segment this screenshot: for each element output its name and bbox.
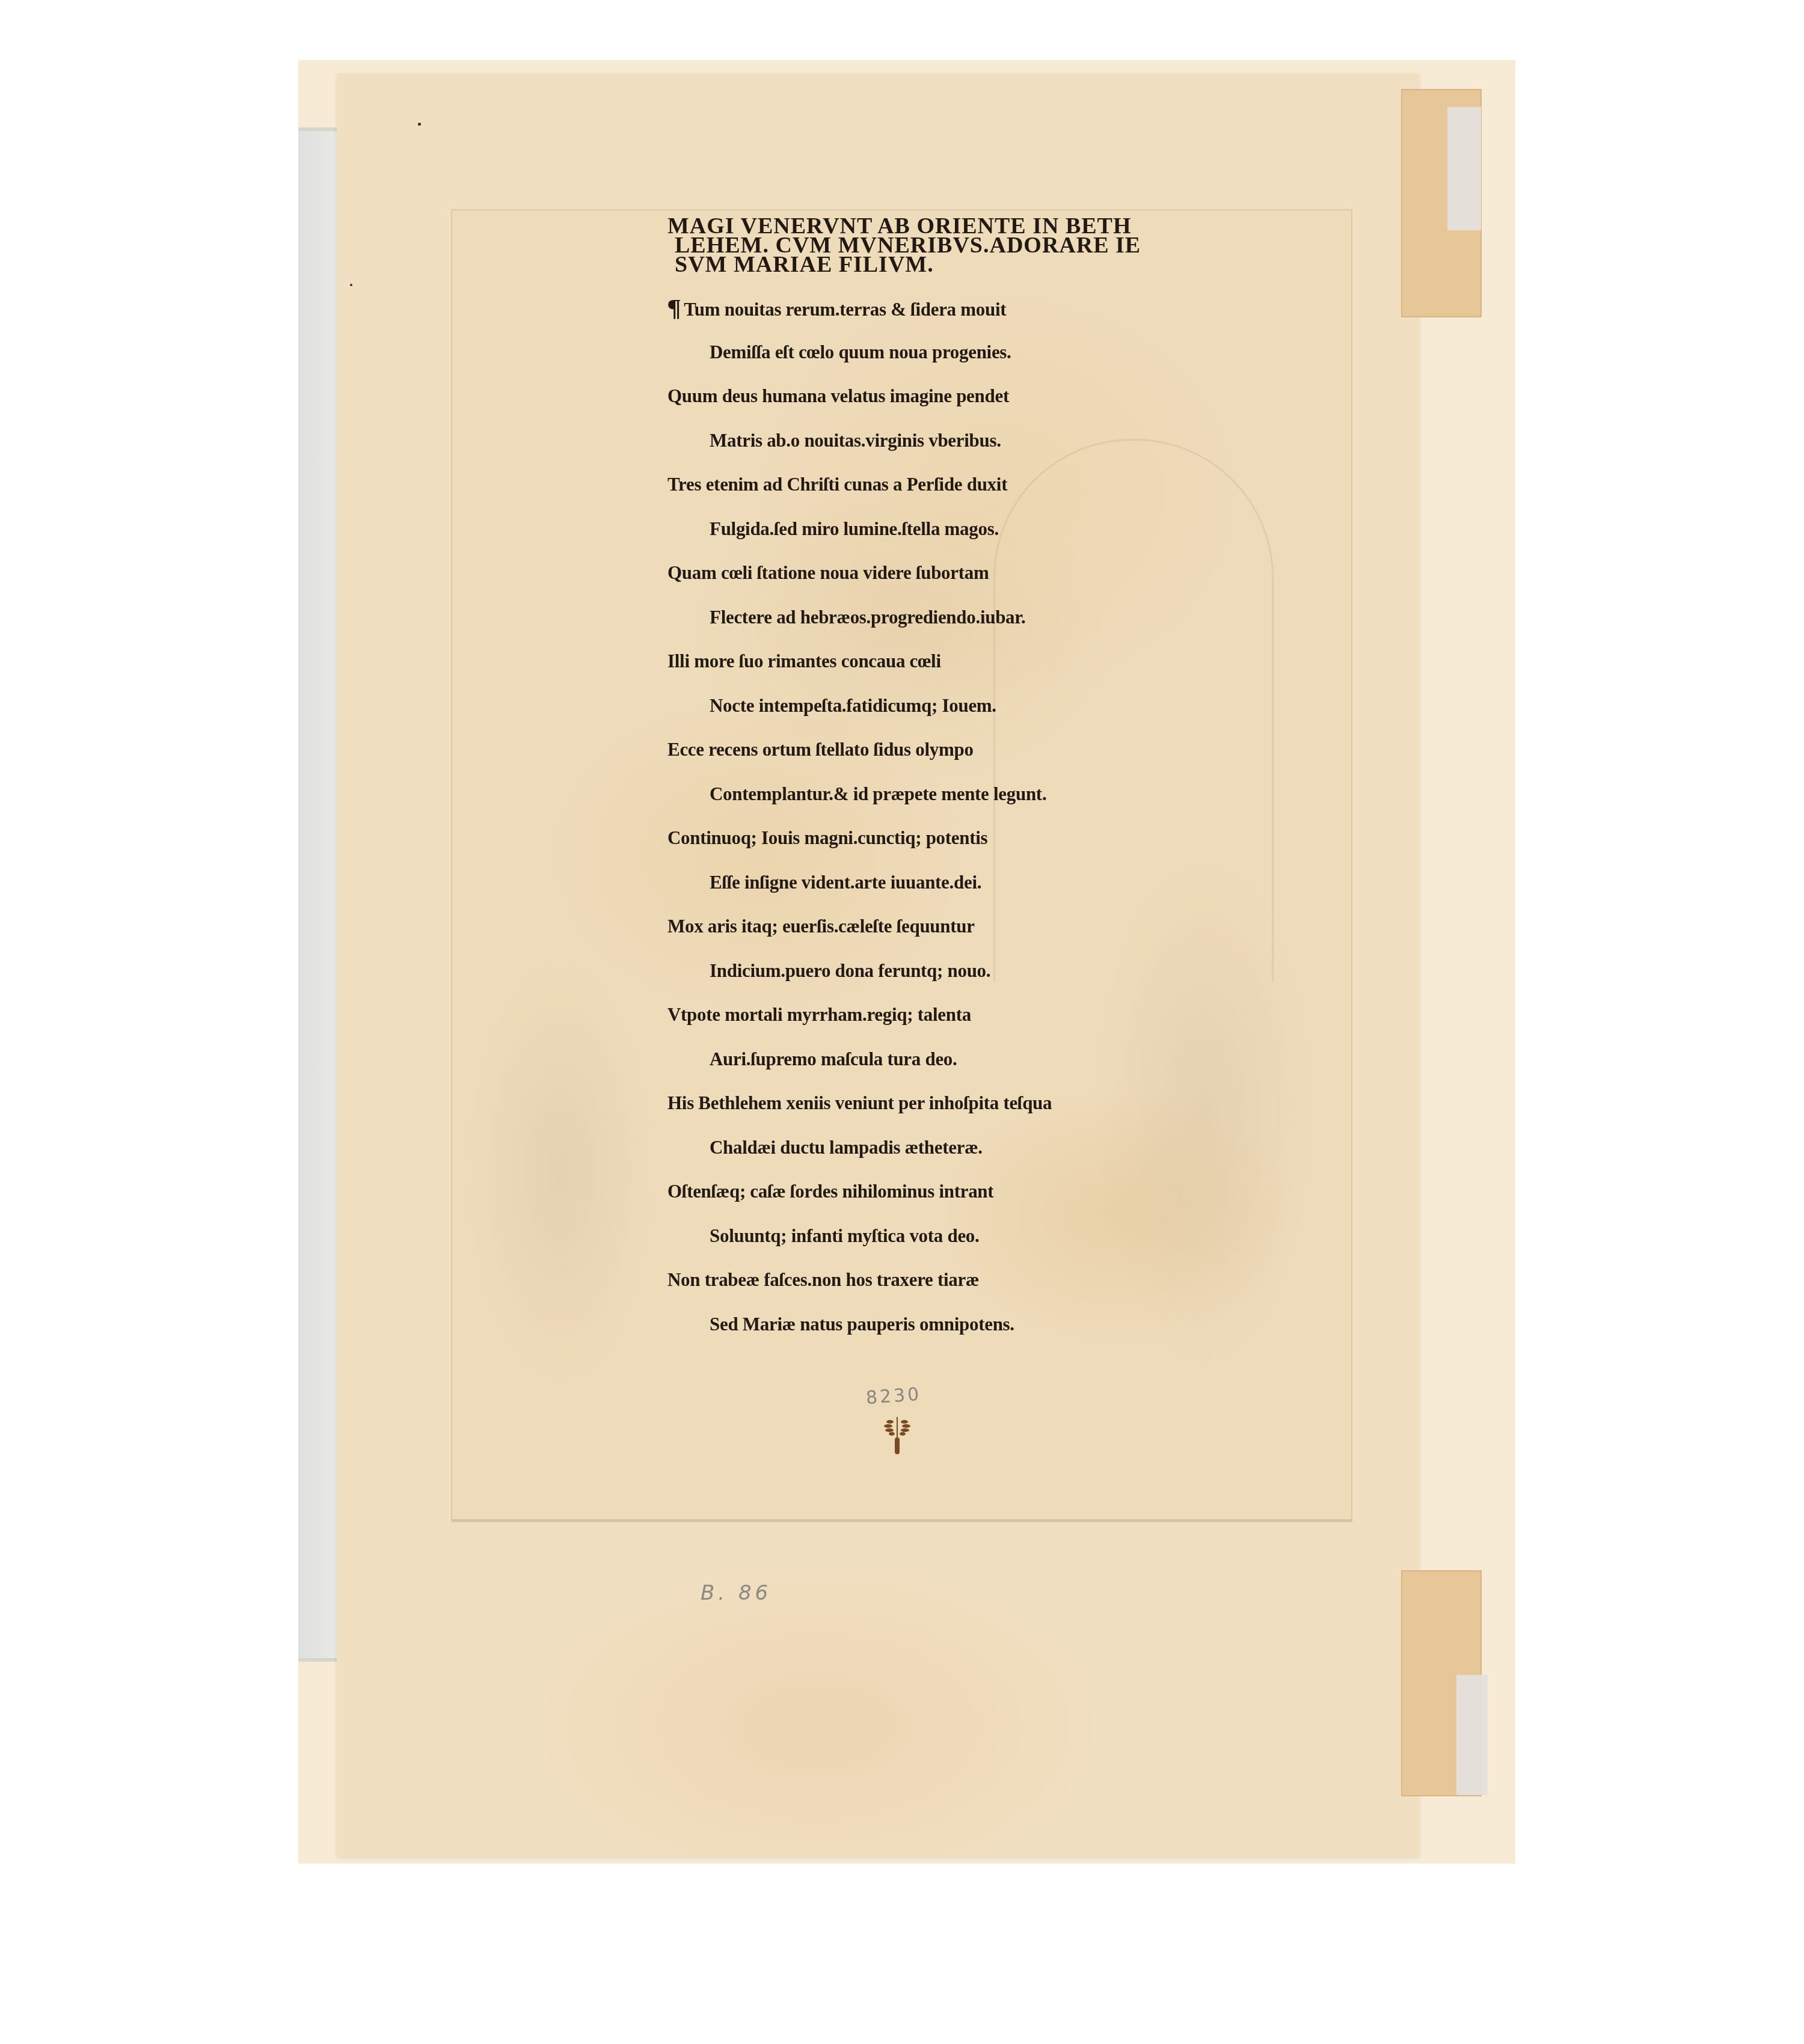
verse-line: Mox aris itaq; euerſis.cæleſte ſequuntur: [667, 914, 1209, 959]
verse-line: Fulgida.ſed miro lumine.ſtella magos.: [667, 517, 1209, 561]
verse-line: Auri.ſupremo maſcula tura deo.: [667, 1047, 1209, 1092]
verse-line: Continuoq; Iouis magni.cunctiq; potentis: [667, 826, 1209, 871]
verse-line: Quum deus humana velatus imagine pendet: [667, 384, 1209, 429]
verse-text: His Bethlehem xeniis veniunt per inhoſpi…: [667, 1092, 1052, 1113]
verse-line: Nocte intempeſta.fatidicumq; Iouem.: [667, 694, 1209, 738]
verse-text: Sed Mariæ natus pauperis omnipotens.: [710, 1314, 1014, 1335]
verse-text: Non trabeæ faſces.non hos traxere tiaræ: [667, 1269, 979, 1290]
foxing-speck: [350, 284, 352, 286]
verse-line: Matris ab.o nouitas.virginis vberibus.: [667, 429, 1209, 473]
verse-text: Soluuntq; infanti myſtica vota deo.: [710, 1225, 980, 1246]
verse-line: Vtpote mortali myrrham.regiq; talenta: [667, 1003, 1209, 1047]
verse-text: Quam cœli ſtatione noua videre ſubortam: [667, 562, 989, 583]
tissue-tape-bottom: [1456, 1675, 1488, 1795]
verse-line: Indicium.puero dona feruntq; nouo.: [667, 959, 1209, 1003]
verse-line: Demiſſa eſt cœlo quum noua progenies.: [667, 340, 1209, 385]
verse-line: Oſtenſæq; caſæ ſordes nihilominus intran…: [667, 1180, 1209, 1224]
pilcrow-icon: ¶: [667, 296, 681, 320]
pencil-reference-mark: B. 86: [701, 1581, 772, 1605]
verse-text: Nocte intempeſta.fatidicumq; Iouem.: [710, 695, 996, 716]
verse-line: Contemplantur.& id præpete mente legunt.: [667, 782, 1209, 827]
verse-text: Tum nouitas rerum.terras & ſidera mouit: [684, 299, 1006, 320]
verse-text: Illi more ſuo rimantes concaua cœli: [667, 650, 941, 672]
verse-text: Continuoq; Iouis magni.cunctiq; potentis: [667, 827, 987, 848]
verse-text: Matris ab.o nouitas.virginis vberibus.: [710, 430, 1001, 451]
mount-left-strip: [298, 127, 338, 1662]
verse-text: Quum deus humana velatus imagine pendet: [667, 385, 1009, 406]
verse-text: Tres etenim ad Chriſti cunas a Perſide d…: [667, 474, 1007, 495]
verse-text: Mox aris itaq; euerſis.cæleſte ſequuntur: [667, 916, 975, 937]
verse-line: ¶Tum nouitas rerum.terras & ſidera mouit: [667, 296, 1209, 340]
verse-lines: ¶Tum nouitas rerum.terras & ſidera mouit…: [667, 296, 1209, 1356]
verse-text: Ecce recens ortum ſtellato ſidus olympo: [667, 739, 974, 760]
palm-branch-stamp-icon: [883, 1416, 912, 1455]
verse-text: Vtpote mortali myrrham.regiq; talenta: [667, 1004, 971, 1025]
title-heading: MAGI VENERVNT AB ORIENTE IN BETH LEHEM. …: [667, 216, 1209, 274]
verse-text: Indicium.puero dona feruntq; nouo.: [710, 960, 990, 981]
verse-text: Fulgida.ſed miro lumine.ſtella magos.: [710, 518, 999, 539]
foxing-speck: [418, 123, 421, 126]
verse-text: Flectere ad hebræos.progrediendo.iubar.: [710, 607, 1025, 628]
verse-line: Ecce recens ortum ſtellato ſidus olympo: [667, 738, 1209, 782]
tissue-tape-top: [1447, 107, 1481, 230]
verse-line: Flectere ad hebræos.progrediendo.iubar.: [667, 605, 1209, 650]
show-through-ground-line: [452, 1519, 1351, 1521]
inventory-number: 8230: [865, 1384, 922, 1409]
verse-line: Illi more ſuo rimantes concaua cœli: [667, 649, 1209, 694]
verse-line: Tres etenim ad Chriſti cunas a Perſide d…: [667, 473, 1209, 517]
verse-line: Soluuntq; infanti myſtica vota deo.: [667, 1224, 1209, 1268]
text-block: MAGI VENERVNT AB ORIENTE IN BETH LEHEM. …: [667, 216, 1209, 1356]
verse-line: Sed Mariæ natus pauperis omnipotens.: [667, 1312, 1209, 1357]
verse-line: Quam cœli ſtatione noua videre ſubortam: [667, 561, 1209, 605]
verse-text: Oſtenſæq; caſæ ſordes nihilominus intran…: [667, 1181, 993, 1202]
verse-text: Auri.ſupremo maſcula tura deo.: [710, 1048, 957, 1069]
verse-line: His Bethlehem xeniis veniunt per inhoſpi…: [667, 1091, 1209, 1136]
verse-line: Chaldæi ductu lampadis ætheteræ.: [667, 1136, 1209, 1180]
verse-line: Eſſe inſigne vident.arte iuuante.dei.: [667, 871, 1209, 915]
verse-text: Chaldæi ductu lampadis ætheteræ.: [710, 1137, 983, 1158]
verse-text: Contemplantur.& id præpete mente legunt.: [710, 783, 1046, 804]
verse-text: Eſſe inſigne vident.arte iuuante.dei.: [710, 872, 981, 893]
verse-line: Non trabeæ faſces.non hos traxere tiaræ: [667, 1268, 1209, 1312]
verse-text: Demiſſa eſt cœlo quum noua progenies.: [710, 341, 1011, 363]
